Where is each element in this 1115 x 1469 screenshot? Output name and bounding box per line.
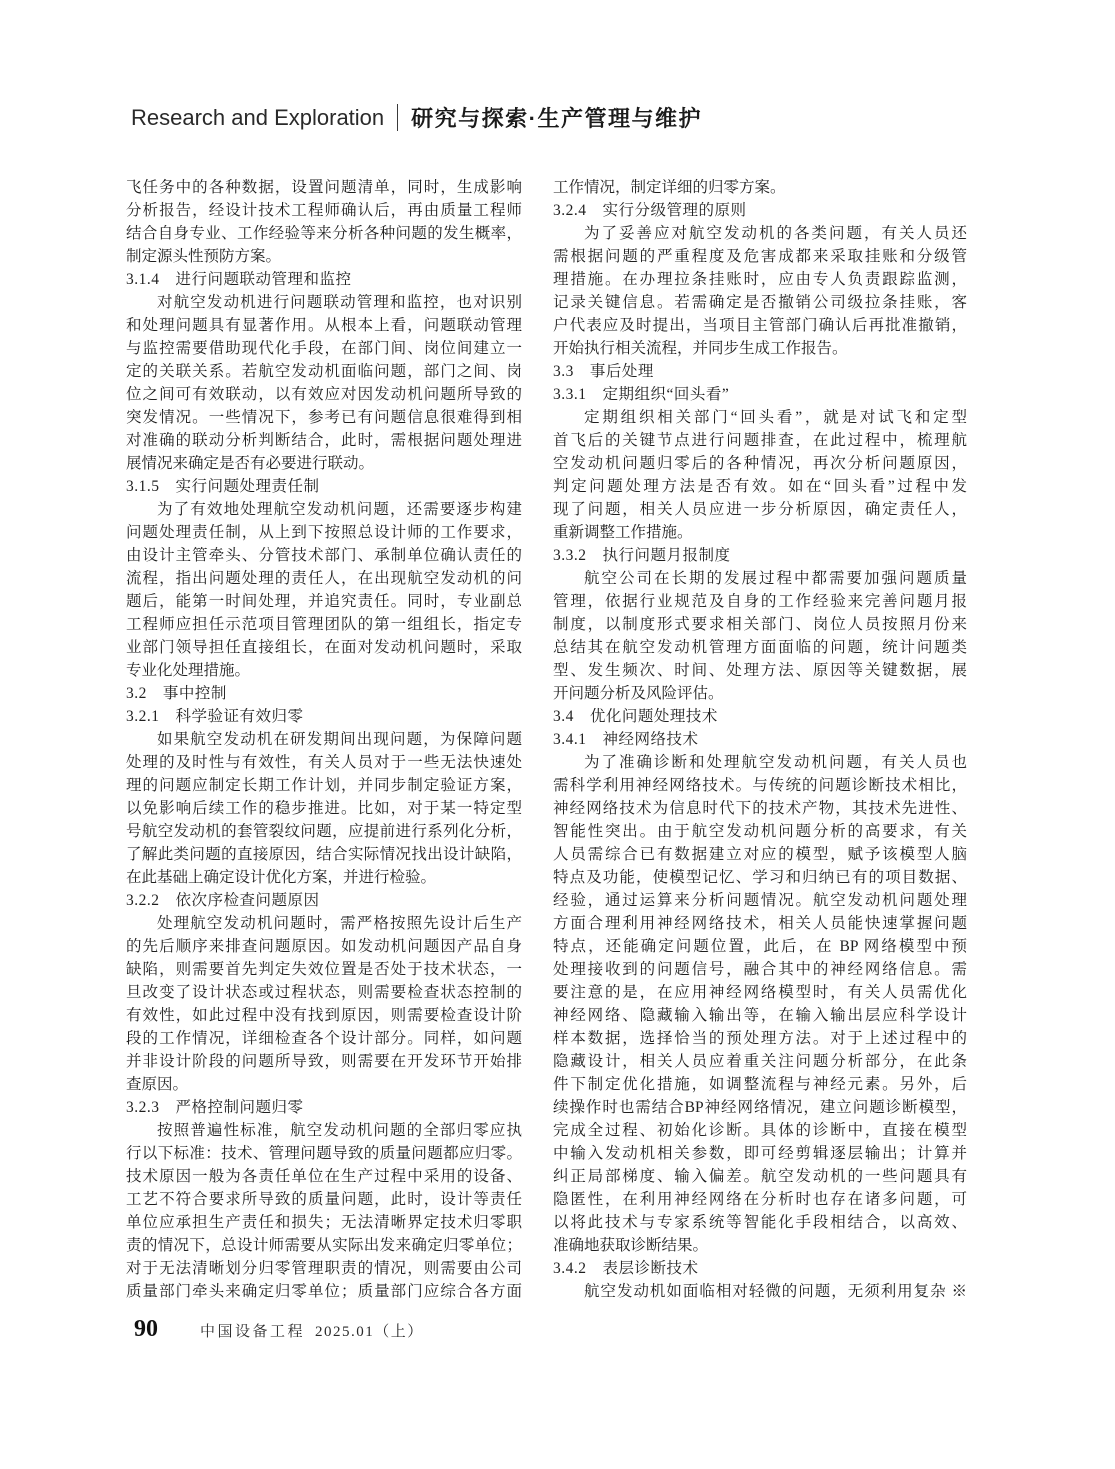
text-line: 隐藏设计，相关人员应着重关注问题分析部分，在此条 [553,1050,967,1073]
text-line: 与监控需要借助现代化手段，在部门间、岗位间建立一 [126,337,522,360]
text-line: 户代表应及时提出，当项目主管部门确认后再批准撤销， [553,314,967,337]
text-line: 了解此类问题的直接原因，结合实际情况找出设计缺陷， [126,843,522,866]
header-divider-line [397,104,398,131]
text-line: 隐匿性，在利用神经网络在分析时也存在诸多问题，可 [553,1188,967,1211]
running-head-english: Research and Exploration [131,105,384,131]
section-heading-line: 3.3.2 执行问题月报制度 [553,544,967,567]
section-heading-line: 3.1.4 进行问题联动管理和监控 [126,268,522,291]
text-line: 处理的及时性与有效性，有关人员对于一些无法快速处 [126,751,522,774]
text-line: 缺陷，则需要首先判定失效位置是否处于技术状态，一 [126,958,522,981]
section-heading-line: 3.2.3 严格控制问题归零 [126,1096,522,1119]
text-line: 神经网络技术为信息时代下的技术产物，其技术先进性、 [553,797,967,820]
text-line: 对准确的联动分析判断结合，此时，需根据问题处理进 [126,429,522,452]
text-line: 突发情况。一些情况下，参考已有问题信息很难得到相 [126,406,522,429]
text-line: 准确地获取诊断结果。 [553,1234,967,1257]
section-heading-line: 3.3 事后处理 [553,360,967,383]
text-line: 经验，通过运算来分析问题情况。航空发动机问题处理 [553,889,967,912]
text-line: 题后，能第一时间处理，并追究责任。同时，专业副总 [126,590,522,613]
text-line: 为了有效地处理航空发动机问题，还需要逐步构建 [126,498,522,521]
text-line: 查原因。 [126,1073,522,1096]
text-line: 记录关键信息。若需确定是否撤销公司级拉条挂账，客 [553,291,967,314]
text-line: 责的情况下，总设计师需要从实际出发来确定归零单位； [126,1234,522,1257]
text-line: 理的问题应制定长期工作计划，并同步制定验证方案， [126,774,522,797]
text-line: 续操作时也需结合BP神经网络情况，建立问题诊断模型， [553,1096,967,1119]
text-line: 需科学利用神经网络技术。与传统的问题诊断技术相比， [553,774,967,797]
text-line: 工作情况，制定详细的归零方案。 [553,176,967,199]
journal-issue: 2025.01（上） [315,1324,424,1340]
page-number: 90 [134,1316,158,1343]
text-line: 对航空发动机进行问题联动管理和监控，也对识别 [126,291,522,314]
running-head: Research and Exploration 研究与探索·生产管理与维护 [131,102,702,133]
text-line: 制度，以制度形式要求相关部门、岗位人员按照月份来 [553,613,967,636]
text-line: 需根据问题的严重程度及危害成都来采取挂账和分级管 [553,245,967,268]
text-line: 单位应承担生产责任和损失；无法清晰界定技术归零职 [126,1211,522,1234]
text-line: 特点，还能确定问题位置，此后，在 BP 网络模型中预 [553,935,967,958]
text-line: 纠正局部梯度、输入偏差。航空发动机的一些问题具有 [553,1165,967,1188]
text-line: 行以下标准：技术、管理问题导致的质量问题都应归零。 [126,1142,522,1165]
text-line: 定期组织相关部门“回头看”，就是对试飞和定型 [553,406,967,429]
text-line: 旦改变了设计状态或过程状态，则需要检查状态控制的 [126,981,522,1004]
text-line: 中输入发动机相关参数，即可经剪辑逐层输出；计算并 [553,1142,967,1165]
text-line: 并非设计阶段的问题所导致，则需要在开发环节开始排 [126,1050,522,1073]
text-line: 分析报告，经设计技术工程师确认后，再由质量工程师 [126,199,522,222]
right-text-column: 工作情况，制定详细的归零方案。3.2.4 实行分级管理的原则为了妥善应对航空发动… [553,176,967,1303]
text-line: 现了问题，相关人员应进一步分析原因，确定责任人， [553,498,967,521]
text-line: 件下制定优化措施，如调整流程与神经元素。另外，后 [553,1073,967,1096]
text-line: 工程师应担任示范项目管理团队的第一组组长，指定专 [126,613,522,636]
text-line: 管理，依据行业规范及自身的工作经验来完善问题月报 [553,590,967,613]
text-line: 问题处理责任制，从上到下按照总设计师的工作要求， [126,521,522,544]
text-line: 位之间可有效联动，以有效应对因发动机问题所导致的 [126,383,522,406]
section-heading-line: 3.4 优化问题处理技术 [553,705,967,728]
text-line: 总结其在航空发动机管理方面面临的问题，统计问题类 [553,636,967,659]
journal-name: 中国设备工程 [200,1324,305,1340]
text-line: 段的工作情况，详细检查各个设计部分。同样，如问题 [126,1027,522,1050]
text-line: 展情况来确定是否有必要进行联动。 [126,452,522,475]
journal-page: Research and Exploration 研究与探索·生产管理与维护 飞… [0,0,1115,1469]
section-heading-line: 3.2.4 实行分级管理的原则 [553,199,967,222]
text-line: 样本数据，选择恰当的预处理方法。对于上述过程中的 [553,1027,967,1050]
section-heading-line: 3.4.1 神经网络技术 [553,728,967,751]
text-line: 由设计主管牵头、分管技术部门、承制单位确认责任的 [126,544,522,567]
text-line: 有效性，如此过程中没有找到原因，则需要检查设计阶 [126,1004,522,1027]
text-line: 质量部门牵头来确定归零单位；质量部门应综合各方面 [126,1280,522,1303]
text-line: 判定问题处理方法是否有效。如在“回头看”过程中发 [553,475,967,498]
text-line: 空发动机问题归零后的各种情况，再次分析问题原因， [553,452,967,475]
text-line: 首飞后的关键节点进行问题排查，在此过程中，梳理航 [553,429,967,452]
text-line: 航空发动机如面临相对轻微的问题，无须利用复杂 ※ [553,1280,967,1303]
text-line: 为了准确诊断和处理航空发动机问题，有关人员也 [553,751,967,774]
text-line: 为了妥善应对航空发动机的各类问题，有关人员还 [553,222,967,245]
section-heading-line: 3.2 事中控制 [126,682,522,705]
text-line: 在此基础上确定设计优化方案，并进行检验。 [126,866,522,889]
text-line: 号航空发动机的套管裂纹问题，应提前进行系列化分析， [126,820,522,843]
text-line: 开问题分析及风险评估。 [553,682,967,705]
text-line: 制定源头性预防方案。 [126,245,522,268]
text-line: 定的关联关系。若航空发动机面临问题，部门之间、岗 [126,360,522,383]
text-line: 的先后顺序来排查问题原因。如发动机问题因产品自身 [126,935,522,958]
text-line: 神经网络、隐藏输入输出等，在输入输出层应科学设计 [553,1004,967,1027]
text-line: 业部门领导担任直接组长，在面对发动机问题时，采取 [126,636,522,659]
text-line: 以免影响后续工作的稳步推进。比如，对于某一特定型 [126,797,522,820]
text-line: 完成全过程、初始化诊断。具体的诊断中，直接在模型 [553,1119,967,1142]
text-line: 和处理问题具有显著作用。从根本上看，问题联动管理 [126,314,522,337]
text-line: 方面合理利用神经网络技术，相关人员能快速掌握问题 [553,912,967,935]
journal-info: 中国设备工程2025.01（上） [200,1320,424,1341]
section-heading-line: 3.2.1 科学验证有效归零 [126,705,522,728]
text-line: 重新调整工作措施。 [553,521,967,544]
text-line: 流程，指出问题处理的责任人，在出现航空发动机的问 [126,567,522,590]
text-line: 如果航空发动机在研发期间出现问题，为保障问题 [126,728,522,751]
text-line: 以将此技术与专家系统等智能化手段相结合，以高效、 [553,1211,967,1234]
text-line: 按照普遍性标准，航空发动机问题的全部归零应执 [126,1119,522,1142]
text-line: 结合自身专业、工作经验等来分析各种问题的发生概率， [126,222,522,245]
text-line: 专业化处理措施。 [126,659,522,682]
text-line: 智能性突出。由于航空发动机问题分析的高要求，有关 [553,820,967,843]
left-text-column: 飞任务中的各种数据，设置问题清单，同时，生成影响分析报告，经设计技术工程师确认后… [126,176,522,1303]
text-line: 理措施。在办理拉条挂账时，应由专人负责跟踪监测， [553,268,967,291]
text-line: 特点及功能，使模型记忆、学习和归纳已有的项目数据、 [553,866,967,889]
text-line: 飞任务中的各种数据，设置问题清单，同时，生成影响 [126,176,522,199]
text-line: 处理航空发动机问题时，需严格按照先设计后生产 [126,912,522,935]
section-heading-line: 3.3.1 定期组织“回头看” [553,383,967,406]
section-heading-line: 3.2.2 依次序检查问题原因 [126,889,522,912]
text-line: 航空公司在长期的发展过程中都需要加强问题质量 [553,567,967,590]
text-line: 对于无法清晰划分归零管理职责的情况，则需要由公司 [126,1257,522,1280]
section-heading-line: 3.4.2 表层诊断技术 [553,1257,967,1280]
text-line: 技术原因一般为各责任单位在生产过程中采用的设备、 [126,1165,522,1188]
text-line: 要注意的是，在应用神经网络模型时，有关人员需优化 [553,981,967,1004]
page-footer: 90 中国设备工程2025.01（上） [134,1316,424,1343]
running-head-chinese: 研究与探索·生产管理与维护 [411,102,702,133]
text-line: 开始执行相关流程，并同步生成工作报告。 [553,337,967,360]
section-heading-line: 3.1.5 实行问题处理责任制 [126,475,522,498]
text-line: 工艺不符合要求所导致的质量问题，此时，设计等责任 [126,1188,522,1211]
text-line: 处理接收到的问题信号，融合其中的神经网络信息。需 [553,958,967,981]
text-line: 人员需综合已有数据建立对应的模型，赋予该模型人脑 [553,843,967,866]
text-line: 型、发生频次、时间、处理方法、原因等关键数据，展 [553,659,967,682]
